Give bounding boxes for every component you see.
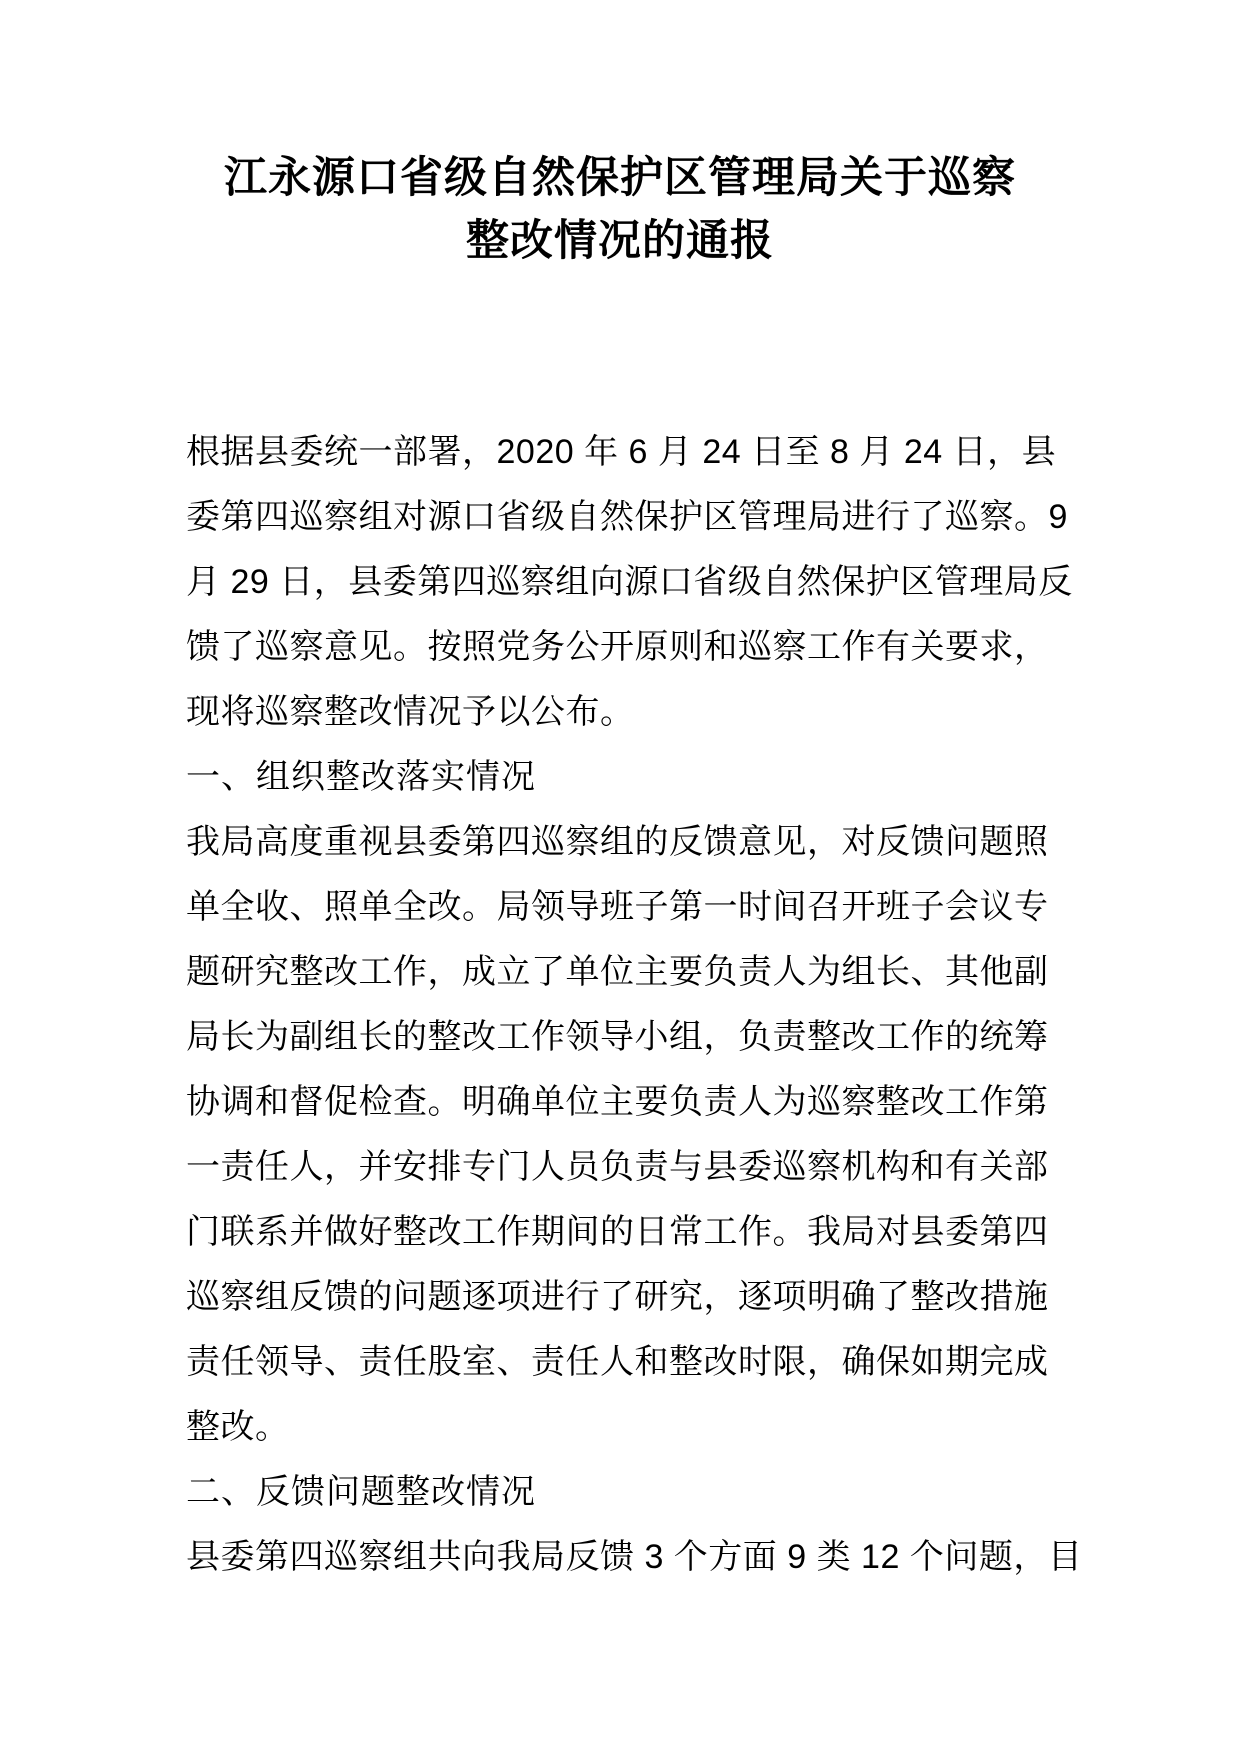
- text-line: 门联系并做好整改工作期间的日常工作。我局对县委第四: [186, 1200, 1076, 1265]
- document-title: 江永源口省级自然保护区管理局关于巡察 整改情况的通报: [90, 147, 1150, 273]
- text-line: 一、组织整改落实情况: [186, 745, 1076, 810]
- text-line: 巡察组反馈的问题逐项进行了研究，逐项明确了整改措施: [186, 1265, 1076, 1330]
- document-page: 江永源口省级自然保护区管理局关于巡察 整改情况的通报 根据县委统一部署，2020…: [0, 0, 1240, 1754]
- text-line: 局长为副组长的整改工作领导小组，负责整改工作的统筹: [186, 1005, 1076, 1070]
- heading: 二、反馈问题整改情况: [186, 1460, 1076, 1525]
- text-line: 我局高度重视县委第四巡察组的反馈意见，对反馈问题照: [186, 810, 1076, 875]
- text-line: 根据县委统一部署，2020 年 6 月 24 日至 8 月 24 日，县: [186, 420, 1076, 485]
- text-line: 馈了巡察意见。按照党务公开原则和巡察工作有关要求，: [186, 615, 1076, 680]
- paragraph: 我局高度重视县委第四巡察组的反馈意见，对反馈问题照单全收、照单全改。局领导班子第…: [186, 810, 1076, 1460]
- text-line: 现将巡察整改情况予以公布。: [186, 680, 1076, 745]
- text-line: 一责任人，并安排专门人员负责与县委巡察机构和有关部: [186, 1135, 1076, 1200]
- document-body: 根据县委统一部署，2020 年 6 月 24 日至 8 月 24 日，县委第四巡…: [186, 420, 1076, 1590]
- text-line: 协调和督促检查。明确单位主要负责人为巡察整改工作第: [186, 1070, 1076, 1135]
- paragraph: 县委第四巡察组共向我局反馈 3 个方面 9 类 12 个问题，目: [186, 1525, 1076, 1590]
- text-line: 月 29 日，县委第四巡察组向源口省级自然保护区管理局反: [186, 550, 1076, 615]
- text-line: 二、反馈问题整改情况: [186, 1460, 1076, 1525]
- heading: 一、组织整改落实情况: [186, 745, 1076, 810]
- text-line: 委第四巡察组对源口省级自然保护区管理局进行了巡察。9: [186, 485, 1076, 550]
- text-line: 责任领导、责任股室、责任人和整改时限，确保如期完成: [186, 1330, 1076, 1395]
- text-line: 单全收、照单全改。局领导班子第一时间召开班子会议专: [186, 875, 1076, 940]
- text-line: 整改。: [186, 1395, 1076, 1460]
- text-line: 题研究整改工作，成立了单位主要负责人为组长、其他副: [186, 940, 1076, 1005]
- document-title-line-1: 江永源口省级自然保护区管理局关于巡察: [90, 147, 1150, 210]
- paragraph: 根据县委统一部署，2020 年 6 月 24 日至 8 月 24 日，县委第四巡…: [186, 420, 1076, 745]
- text-line: 县委第四巡察组共向我局反馈 3 个方面 9 类 12 个问题，目: [186, 1525, 1076, 1590]
- document-title-line-2: 整改情况的通报: [90, 210, 1150, 273]
